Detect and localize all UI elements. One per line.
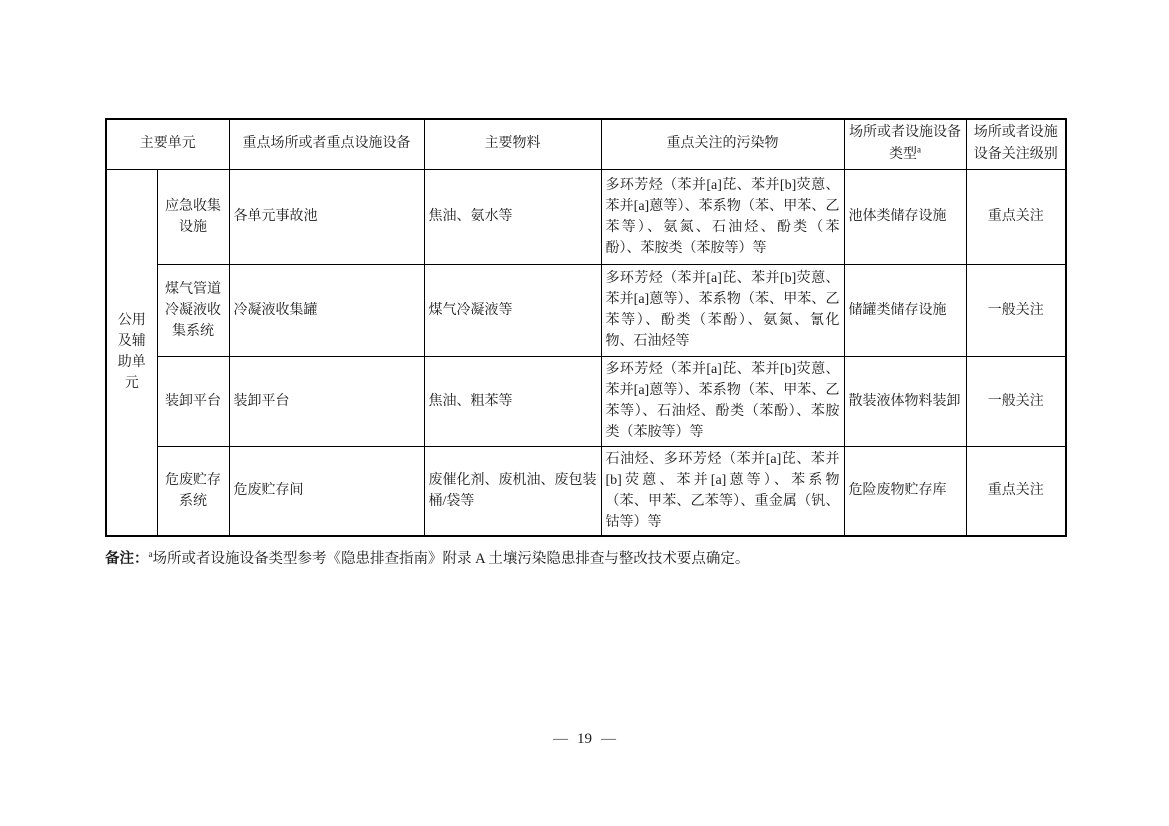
table-row: 公用及辅助单元 应急收集设施 各单元事故池 焦油、氨水等 多环芳烃（苯并[a]芘… <box>106 169 1066 264</box>
footnote: 备注：a场所或者设施设备类型参考《隐患排查指南》附录 A 土壤污染隐患排查与整改… <box>105 549 1065 569</box>
material-cell: 废催化剂、废机油、废包装桶/袋等 <box>424 446 601 536</box>
facility-type-cell: 危险废物贮存库 <box>844 446 966 536</box>
pollutants-cell: 石油烃、多环芳烃（苯并[a]芘、苯并[b]荧蒽、苯并[a]蒽等）、苯系物（苯、甲… <box>601 446 844 536</box>
table-row: 危废贮存系统 危废贮存间 废催化剂、废机油、废包装桶/袋等 石油烃、多环芳烃（苯… <box>106 446 1066 536</box>
header-facility-type-superscript: a <box>917 145 921 155</box>
sub-unit-cell: 危废贮存系统 <box>157 446 229 536</box>
footnote-text: 场所或者设施设备类型参考《隐患排查指南》附录 A 土壤污染隐患排查与整改技术要点… <box>153 551 750 567</box>
material-cell: 煤气冷凝液等 <box>424 264 601 356</box>
header-facility-type: 场所或者设施设备类型a <box>844 119 966 169</box>
attention-level-cell: 重点关注 <box>966 169 1066 264</box>
attention-level-cell: 重点关注 <box>966 446 1066 536</box>
facility-type-cell: 散装液体物料装卸 <box>844 356 966 446</box>
table-row: 煤气管道冷凝液收集系统 冷凝液收集罐 煤气冷凝液等 多环芳烃（苯并[a]芘、苯并… <box>106 264 1066 356</box>
attention-level-cell: 一般关注 <box>966 356 1066 446</box>
facility-type-cell: 池体类储存设施 <box>844 169 966 264</box>
place-cell: 冷凝液收集罐 <box>229 264 424 356</box>
document-page: 主要单元 重点场所或者重点设施设备 主要物料 重点关注的污染物 场所或者设施设备… <box>0 0 1169 826</box>
table-row: 装卸平台 装卸平台 焦油、粗苯等 多环芳烃（苯并[a]芘、苯并[b]荧蒽、苯并[… <box>106 356 1066 446</box>
attention-level-cell: 一般关注 <box>966 264 1066 356</box>
page-number-left-dash: — <box>553 731 568 747</box>
material-cell: 焦油、粗苯等 <box>424 356 601 446</box>
page-number-right-dash: — <box>601 731 616 747</box>
footnote-label: 备注： <box>105 551 149 567</box>
pollutants-cell: 多环芳烃（苯并[a]芘、苯并[b]荧蒽、苯并[a]蒽等）、苯系物（苯、甲苯、乙苯… <box>601 356 844 446</box>
unit-group-cell: 公用及辅助单元 <box>106 169 157 536</box>
header-pollutants: 重点关注的污染物 <box>601 119 844 169</box>
sub-unit-cell: 装卸平台 <box>157 356 229 446</box>
sub-unit-cell: 应急收集设施 <box>157 169 229 264</box>
place-cell: 各单元事故池 <box>229 169 424 264</box>
header-main-unit: 主要单元 <box>106 119 229 169</box>
header-main-material: 主要物料 <box>424 119 601 169</box>
table-header-row: 主要单元 重点场所或者重点设施设备 主要物料 重点关注的污染物 场所或者设施设备… <box>106 119 1066 169</box>
header-facility-type-text: 场所或者设施设备类型 <box>849 125 961 162</box>
header-attention-level: 场所或者设施设备关注级别 <box>966 119 1066 169</box>
place-cell: 危废贮存间 <box>229 446 424 536</box>
pollutants-cell: 多环芳烃（苯并[a]芘、苯并[b]荧蒽、苯并[a]蒽等）、苯系物（苯、甲苯、乙苯… <box>601 264 844 356</box>
facility-type-cell: 储罐类储存设施 <box>844 264 966 356</box>
pollution-units-table: 主要单元 重点场所或者重点设施设备 主要物料 重点关注的污染物 场所或者设施设备… <box>105 118 1067 537</box>
place-cell: 装卸平台 <box>229 356 424 446</box>
header-key-place: 重点场所或者重点设施设备 <box>229 119 424 169</box>
page-number: —19— <box>0 731 1169 748</box>
material-cell: 焦油、氨水等 <box>424 169 601 264</box>
pollutants-cell: 多环芳烃（苯并[a]芘、苯并[b]荧蒽、苯并[a]蒽等）、苯系物（苯、甲苯、乙苯… <box>601 169 844 264</box>
sub-unit-cell: 煤气管道冷凝液收集系统 <box>157 264 229 356</box>
page-number-value: 19 <box>577 731 592 747</box>
